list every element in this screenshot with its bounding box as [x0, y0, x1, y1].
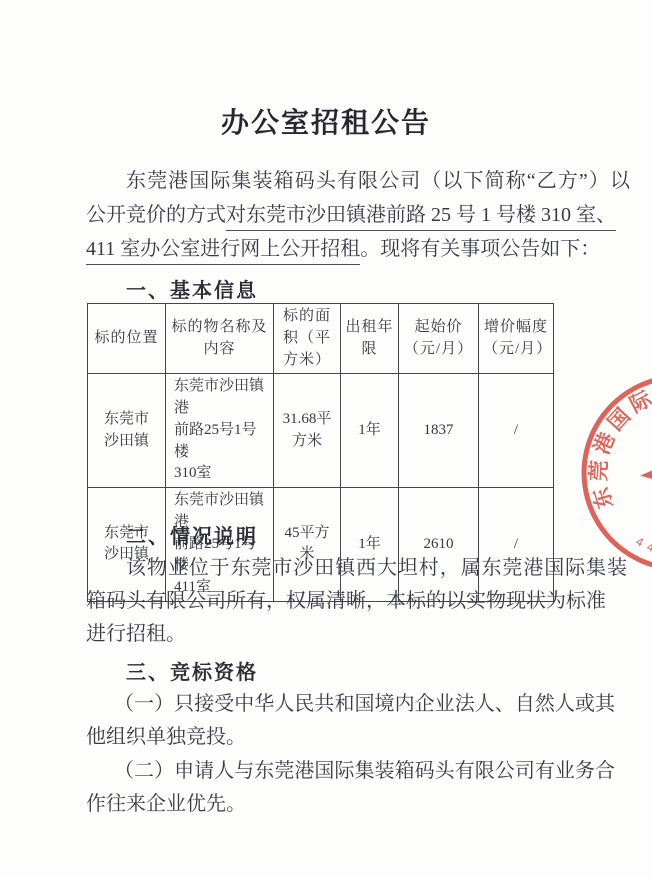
section3-item1-line-1: （一）只接受中华人民共和国境内企业法人、自然人或其 [86, 689, 615, 723]
svg-text:东莞港国际集装箱码头有限公司: 东莞港国际集装箱码头有限公司 [550, 336, 652, 517]
col-header-increment: 增价幅度（元/月） [479, 304, 554, 374]
scanned-document-page: { "document": { "title": "办公室招租公告", "int… [0, 0, 652, 878]
intro-line-2-underlined: 对东莞市沙田镇港前路 25 号 1 号楼 310 室、 [226, 204, 616, 231]
section2-line-2: 箱码头有限公司所有，权属清晰，本标的以实物现状为标准 [86, 586, 592, 620]
intro-line-2-normal: 公开竞价的方式 [86, 204, 226, 226]
col-header-location: 标的位置 [88, 304, 166, 374]
intro-line-3: 411 室办公室进行网上公开招租。现将有关事项公告如下： [86, 234, 588, 268]
intro-line-2: 公开竞价的方式对东莞市沙田镇港前路 25 号 1 号楼 310 室、 [86, 200, 592, 234]
intro-line-3-underlined: 411 室办公室进行网上公开招租 [86, 238, 360, 265]
col-header-area: 标的面积（平方米） [274, 304, 341, 374]
col-header-name: 标的物名称及内容 [166, 304, 274, 374]
col-header-start-price: 起始价（元/月） [399, 304, 479, 374]
section3-item1-line-2: 他组织单独竞投。 [86, 722, 592, 756]
cell-location: 东莞市 沙田镇 [88, 374, 166, 488]
seal-company-text: 东莞港国际集装箱码头有限公司 [550, 336, 652, 517]
cell-increment: / [479, 374, 554, 488]
star-icon [630, 421, 652, 517]
section3-heading: 三、竞标资格 [126, 656, 258, 685]
intro-line-3-normal: 。现将有关事项公告如下： [360, 238, 600, 260]
table-header-row: 标的位置 标的物名称及内容 标的面积（平方米） 出租年限 起始价（元/月） 增价… [88, 304, 554, 374]
section2-line-1: 该物业位于东莞市沙田镇西大坦村，属东莞港国际集装 [86, 553, 627, 587]
section3-item2-line-1: （二）申请人与东莞港国际集装箱码头有限公司有业务合 [86, 756, 615, 790]
section3-item2-line-2: 作往来企业优先。 [86, 789, 592, 823]
cell-area: 31.68平 方米 [274, 374, 341, 488]
page-title: 办公室招租公告 [0, 101, 652, 141]
cell-term: 1年 [341, 374, 399, 488]
table-row: 东莞市 沙田镇 东莞市沙田镇港 前路25号1号楼 310室 31.68平 方米 … [88, 374, 554, 488]
section1-heading: 一、基本信息 [126, 274, 258, 303]
section2-line-3: 进行招租。 [86, 619, 592, 653]
cell-start-price: 1837 [399, 374, 479, 488]
cell-description: 东莞市沙田镇港 前路25号1号楼 310室 [166, 374, 274, 488]
section2-heading: 二、情况说明 [126, 520, 258, 549]
intro-line-1: 东莞港国际集装箱码头有限公司（以下简称“乙方”）以 [86, 166, 630, 200]
col-header-term: 出租年限 [341, 304, 399, 374]
